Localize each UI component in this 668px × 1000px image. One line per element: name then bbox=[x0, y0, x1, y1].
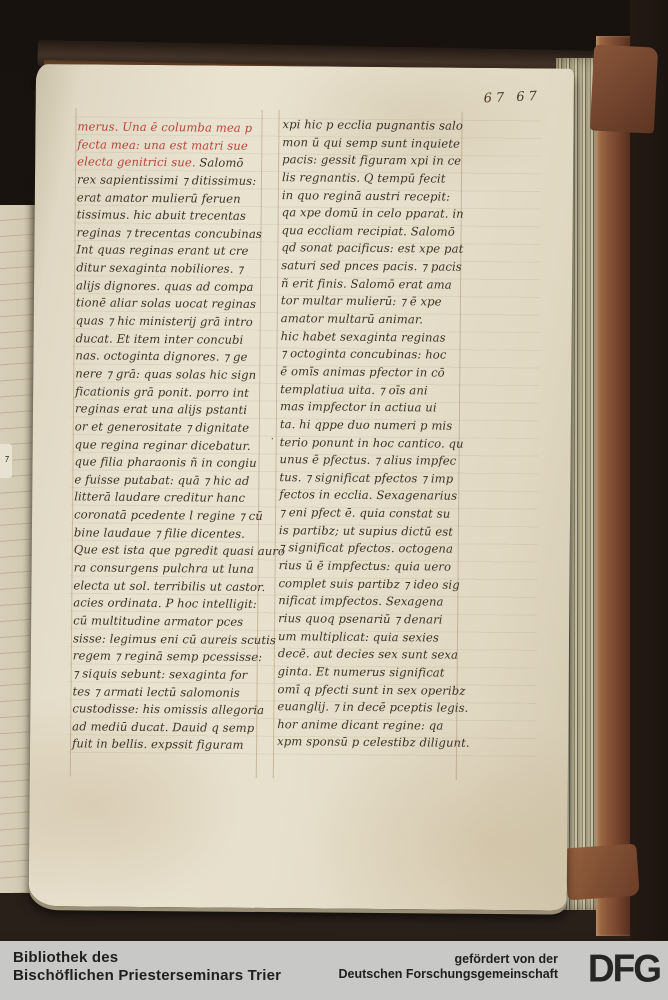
manuscript-line: terio ponunt in hoc cantico. qu bbox=[280, 434, 472, 453]
manuscript-line: fuit in bellis. expssit figuram bbox=[72, 736, 264, 755]
manuscript-line: erat amator mulierū feruen bbox=[77, 189, 269, 208]
manuscript-line: qua eccliam recipiat. Salomō bbox=[281, 222, 473, 241]
manuscript-line: cū multitudine armator pces bbox=[73, 612, 265, 631]
manuscript-line: pacis: gessit figuram xpi in ce bbox=[282, 151, 474, 170]
manuscript-line: ta. hi qppe duo numeri p mis bbox=[280, 416, 472, 435]
book-cover-dark-edge bbox=[630, 0, 668, 940]
manuscript-line: um multiplicat: quia sexies bbox=[278, 628, 470, 647]
manuscript-line: rius ū ē impfectus: quia uero bbox=[279, 557, 471, 576]
cover-corner-bottom-right bbox=[564, 844, 639, 901]
manuscript-line: litterā laudare creditur hanc bbox=[74, 489, 266, 508]
manuscript-line: amator multarū animar. bbox=[281, 310, 473, 329]
manuscript-line: lis regnantis. Q tempū fecit bbox=[282, 169, 474, 188]
manuscript-line: reginas erat una alijs pstanti bbox=[75, 401, 267, 420]
manuscript-line: merus. Una ē columba mea p bbox=[77, 118, 269, 137]
manuscript-line: nas. octoginta dignores. ⁊ ge bbox=[75, 348, 267, 367]
manuscript-line: ra consurgens pulchra ut luna bbox=[74, 559, 266, 578]
funding-credit: gefördert von der Deutschen Forschungsge… bbox=[339, 952, 559, 982]
manuscript-line: Que est ista que pgredit quasi auro bbox=[74, 542, 266, 561]
manuscript-line: bine laudaue ⁊ filie dicentes. bbox=[74, 524, 266, 543]
manuscript-line: que filia pharaonis ñ in congiu bbox=[74, 454, 266, 473]
manuscript-line: or et generositate ⁊ dignitate bbox=[75, 418, 267, 437]
manuscript-line: ē omīs animas pfector in cō bbox=[280, 363, 472, 382]
manuscript-line: reginas ⁊ trecentas concubinas bbox=[76, 224, 268, 243]
manuscript-line: rex sapientissimi ⁊ ditissimus: bbox=[77, 171, 269, 190]
footer-bar: Bibliothek des Bischöflichen Priestersem… bbox=[0, 941, 668, 1000]
manuscript-line: euanglij. ⁊ in decē pceptis legis. bbox=[277, 698, 469, 717]
manuscript-line: ñ erit finis. Salomō erat ama bbox=[281, 275, 473, 294]
manuscript-line: ⁊ octoginta concubinas: hoc bbox=[280, 345, 472, 364]
manuscript-line: hor anime dicant regine: qa bbox=[277, 716, 469, 735]
manuscript-line: fecta mea: una est matri sue bbox=[77, 136, 269, 155]
manuscript-line: quas ⁊ hic ministerij grā intro bbox=[76, 312, 268, 331]
manuscript-line: hic habet sexaginta reginas bbox=[281, 328, 473, 347]
column-gap-mark: · bbox=[271, 434, 274, 445]
funding-credit-line2: Deutschen Forschungsgemeinschaft bbox=[339, 967, 559, 982]
right-text-column: xpi hic p ecclia pugnantis salomon ū qui… bbox=[277, 116, 475, 753]
manuscript-line: nere ⁊ grā: quas solas hic sign bbox=[75, 365, 267, 384]
manuscript-line: mon ū qui semp sunt inquiete bbox=[282, 134, 474, 153]
manuscript-line: qd sonat pacificus: est xpe pat bbox=[281, 240, 473, 259]
funding-credit-line1: gefördert von der bbox=[339, 952, 559, 967]
manuscript-line: ⁊ eni pfect ē. quia constat su bbox=[279, 504, 471, 523]
manuscript-line: sisse: legimus eni cū aureis scutis bbox=[73, 630, 265, 649]
folio-number: 67 67 bbox=[483, 89, 541, 106]
manuscript-line: tor multar mulierū: ⁊ ē xpe bbox=[281, 293, 473, 312]
manuscript-line: ducat. Et item inter concubi bbox=[76, 330, 268, 349]
manuscript-line: mas impfector in actiua ui bbox=[280, 398, 472, 417]
manuscript-line: electa genitrici sue. Salomō bbox=[77, 154, 269, 173]
manuscript-line: saturi sed pnces pacis. ⁊ pacis bbox=[281, 257, 473, 276]
manuscript-line: que regina reginar dicebatur. bbox=[75, 436, 267, 455]
manuscript-line: ad mediū ducat. Dauid q semp bbox=[72, 718, 264, 737]
manuscript-line: tionē aliar solas uocat reginas bbox=[76, 295, 268, 314]
manuscript-line: Int quas reginas erant ut cre bbox=[76, 242, 268, 261]
manuscript-line: ginta. Et numerus significat bbox=[278, 663, 470, 682]
manuscript-line: alijs dignores. quas ad compa bbox=[76, 277, 268, 296]
manuscript-line: xpm sponsū p celestibz diligunt. bbox=[277, 734, 469, 753]
manuscript-line: regem ⁊ reginā semp pcessisse: bbox=[73, 648, 265, 667]
library-name-line1: Bibliothek des bbox=[13, 949, 281, 967]
library-name-line2: Bischöflichen Priesterseminars Trier bbox=[13, 967, 281, 985]
manuscript-line: nificat impfectos. Sexagena bbox=[278, 592, 470, 611]
manuscript-line: complet suis partibz ⁊ ideo sig bbox=[278, 575, 470, 594]
dfg-logo: DFG bbox=[588, 947, 660, 991]
manuscript-line: unus ē pfectus. ⁊ alius impfec bbox=[279, 451, 471, 470]
left-text-column: merus. Una ē columba mea pfecta mea: una… bbox=[72, 118, 270, 755]
manuscript-line: decē. aut decies sex sunt sexa bbox=[278, 645, 470, 664]
manuscript-line: fectos in ecclia. Sexagenarius bbox=[279, 487, 471, 506]
manuscript-line: tus. ⁊ significat pfectos ⁊ imp bbox=[279, 469, 471, 488]
manuscript-scan-viewer: 67 67 merus. Una ē columba mea pfecta me… bbox=[0, 0, 668, 1000]
manuscript-page: 67 67 merus. Una ē columba mea pfecta me… bbox=[29, 64, 574, 911]
library-name: Bibliothek des Bischöflichen Priestersem… bbox=[13, 949, 281, 985]
manuscript-line: electa ut sol. terribilis ut castor. bbox=[73, 577, 265, 596]
manuscript-line: omī q pfecti sunt in sex operibz bbox=[277, 681, 469, 700]
manuscript-line: in quo reginā austri recepit: bbox=[282, 187, 474, 206]
cover-corner-top-right bbox=[590, 44, 658, 133]
manuscript-line: tissimus. hic abuit trecentas bbox=[77, 207, 269, 226]
manuscript-line: rius quoq psenariū ⁊ denari bbox=[278, 610, 470, 629]
manuscript-line: coronatā pcedente l regine ⁊ cū bbox=[74, 506, 266, 525]
manuscript-line: ⁊ siquis sebunt: sexaginta for bbox=[73, 665, 265, 684]
manuscript-line: tes ⁊ armati lectū salomonis bbox=[72, 683, 264, 702]
manuscript-line: ficationis grā ponit. porro int bbox=[75, 383, 267, 402]
manuscript-line: ⁊ significat pfectos. octogena bbox=[279, 540, 471, 559]
book-cover-right-leather bbox=[596, 36, 634, 936]
left-margin-note: ⁊ bbox=[0, 444, 12, 478]
manuscript-line: ditur sexaginta nobiliores. ⁊ bbox=[76, 259, 268, 278]
manuscript-line: e fuisse putabat: quā ⁊ hic ad bbox=[74, 471, 266, 490]
manuscript-line: templatiua uita. ⁊ oīs ani bbox=[280, 381, 472, 400]
manuscript-line: qa xpe domū in celo pparat. in bbox=[282, 204, 474, 223]
manuscript-line: is partibz; ut supius dictū est bbox=[279, 522, 471, 541]
manuscript-line: custodisse: his omissis allegoria bbox=[72, 700, 264, 719]
manuscript-line: acies ordinata. P hoc intelligit: bbox=[73, 595, 265, 614]
manuscript-line: xpi hic p ecclia pugnantis salo bbox=[282, 116, 474, 135]
